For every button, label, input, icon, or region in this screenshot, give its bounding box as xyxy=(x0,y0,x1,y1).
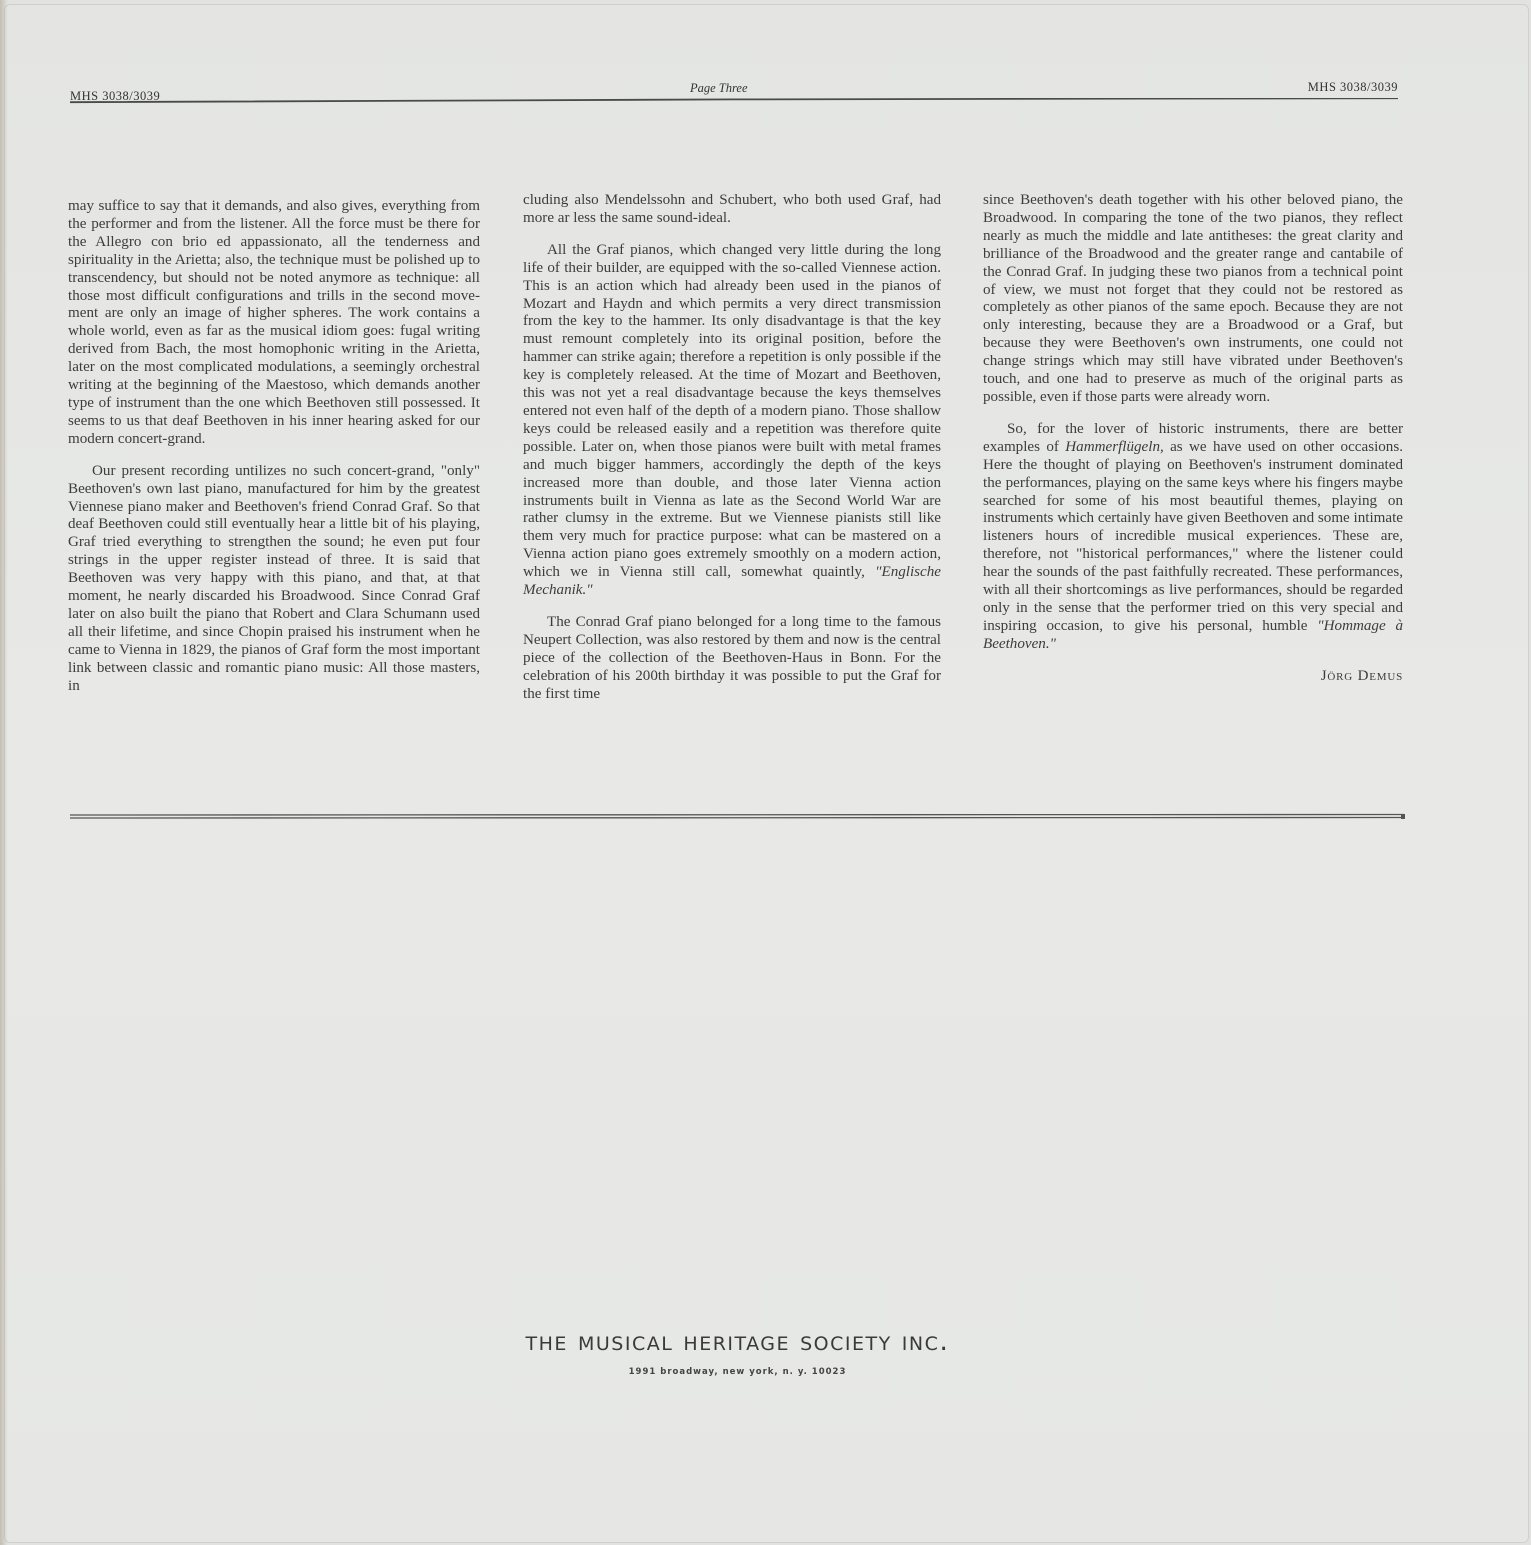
text-column-3: since Beethoven's death together with hi… xyxy=(983,192,1403,686)
text-run: as we have used on other occasions. Here… xyxy=(983,439,1403,634)
text-run: The Conrad Graf piano belonged for a lon… xyxy=(523,614,941,702)
paragraph: Our present recording untilizes no such … xyxy=(68,463,480,696)
publisher-name: the musical heritage society inc. xyxy=(0,1326,1475,1357)
text-run: cluding also Mendelssohn and Schubert, w… xyxy=(523,192,941,226)
cover-edge-shadow xyxy=(0,0,8,1545)
paragraph: may suffice to say that it demands, and … xyxy=(68,198,480,449)
publisher-address: 1991 broadway, new york, n. y. 10023 xyxy=(0,1367,1475,1377)
paragraph: cluding also Mendelssohn and Schubert, w… xyxy=(523,192,941,228)
text-column-2: cluding also Mendelssohn and Schubert, w… xyxy=(523,192,941,717)
header-rule xyxy=(70,98,1398,104)
paragraph: since Beethoven's death together with hi… xyxy=(983,192,1403,407)
catalog-number-right: MHS 3038/3039 xyxy=(1308,80,1398,95)
text-run: since Beethoven's death together with hi… xyxy=(983,192,1403,405)
publisher-logo: the musical heritage society inc. 1991 b… xyxy=(0,1326,1475,1377)
paragraph: So, for the lover of historic instrument… xyxy=(983,421,1403,654)
text-run: may suffice to say that it demands, and … xyxy=(68,198,480,447)
italic-phrase: Hammerflügeln, xyxy=(1065,439,1164,455)
text-run: All the Graf pianos, which changed very … xyxy=(523,242,941,580)
text-column-1: may suffice to say that it demands, and … xyxy=(68,198,480,709)
paragraph: All the Graf pianos, which changed very … xyxy=(523,242,941,600)
text-run: Our present recording untilizes no such … xyxy=(68,463,480,694)
page-title: Page Three xyxy=(690,81,748,96)
paragraph: The Conrad Graf piano belonged for a lon… xyxy=(523,614,941,704)
section-divider xyxy=(70,806,1406,814)
author-signature: Jörg Demus xyxy=(983,668,1403,686)
